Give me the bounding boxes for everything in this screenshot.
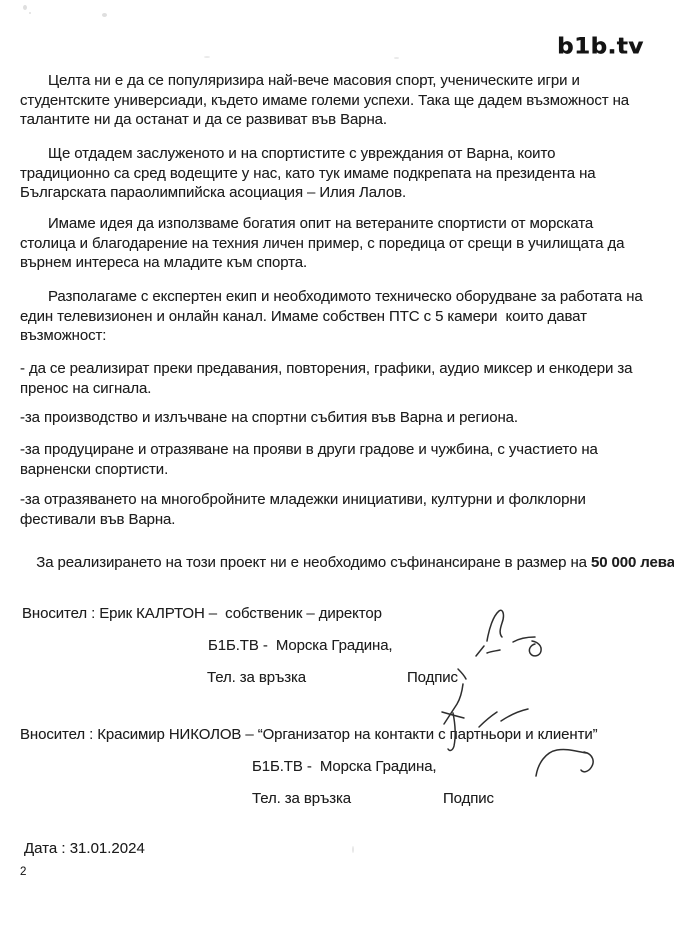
signatory2-intro: Вносител : Красимир НИКОЛОВ – “Организат… [20,726,598,743]
text-line: върнем интереса на младите към спорта. [20,253,624,273]
text-line: традиционно са сред водещите у нас, като… [20,164,596,184]
text-line: -за производство и излъчване на спортни … [20,408,518,428]
scan-artifact [102,13,107,17]
signatory1-intro: Вносител : Ерик КАЛРТОН – собственик – д… [22,605,382,622]
text-line: -за отразяването на многобройните младеж… [20,490,586,510]
text-line: столица и благодарение на техния личен п… [20,234,624,254]
scan-artifact [29,12,31,14]
text-line: възможност: [20,326,643,346]
text-line: един телевизионен и онлайн канал. Имаме … [20,307,643,327]
page-number: 2 [20,866,26,878]
bullet-broadcast-capability: - да се реализират преки предавания, пов… [20,359,632,398]
scan-artifact [204,56,210,58]
text-line: - да се реализират преки предавания, пов… [20,359,632,379]
text-line: студентските универсиади, където имаме г… [20,91,629,111]
text-line: Българската параолимпийска асоциация – И… [20,183,596,203]
signatory1-company: Б1Б.ТВ - Морска Градина, [208,637,393,654]
signatory2-signature-label: Подпис [443,790,494,807]
financing-text: За реализирането на този проект ни е нео… [36,554,591,571]
bullet-youth-festivals: -за отразяването на многобройните младеж… [20,490,586,529]
bullet-sport-events: -за производство и излъчване на спортни … [20,408,518,428]
text-line: Ще отдадем заслуженото и на спортистите … [20,144,596,164]
text-line: Имаме идея да използваме богатия опит на… [20,214,624,234]
paragraph-equipment: Разполагаме с експертен екип и необходим… [20,287,643,346]
scan-artifact [394,57,399,59]
text-line: варненски спортисти. [20,460,598,480]
text-line: талантите ни да останат и да се развиват… [20,110,629,130]
signatory1-signature-label: Подпис [407,669,458,686]
paragraph-para-athletes: Ще отдадем заслуженото и на спортистите … [20,144,596,203]
signatory1-phone-label: Тел. за връзка [207,669,306,686]
financing-amount: 50 000 лева [591,554,674,571]
bullet-other-cities: -за продуциране и отразяване на прояви в… [20,440,598,479]
document-page: b1b.tv Целта ни е да се популяризира най… [0,0,674,940]
document-date: Дата : 31.01.2024 [24,840,145,857]
financing-statement: За реализирането на този проект ни е нео… [20,537,674,588]
text-line: -за продуциране и отразяване на прояви в… [20,440,598,460]
text-line: фестивали във Варна. [20,510,586,530]
b1b-tv-logo: b1b.tv [557,35,657,60]
logo-text: b1b.tv [557,35,644,60]
signatory2-phone-label: Тел. за връзка [252,790,351,807]
paragraph-veterans: Имаме идея да използваме богатия опит на… [20,214,624,273]
scan-artifact [23,5,27,10]
signatory2-company: Б1Б.ТВ - Морска Градина, [252,758,437,775]
text-line: пренос на сигнала. [20,379,632,399]
text-line: Целта ни е да се популяризира най-вече м… [20,71,629,91]
paragraph-goal: Целта ни е да се популяризира най-вече м… [20,71,629,130]
scan-artifact [352,846,354,853]
text-line: Разполагаме с експертен екип и необходим… [20,287,643,307]
signature-2 [536,749,593,776]
